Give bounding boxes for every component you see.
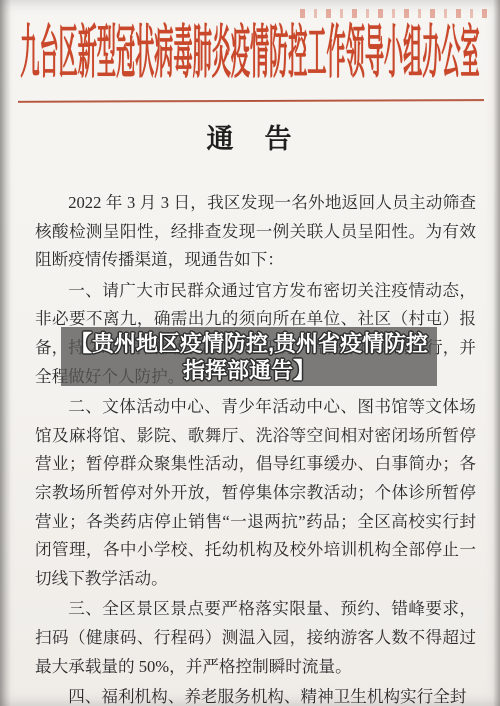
cropped-red-text-remnant <box>300 9 492 18</box>
notice-paragraph: 二、文体活动中心、青少年活动中心、图书馆等文体场馆及麻将馆、影院、歌舞厅、洗浴等… <box>35 393 476 593</box>
issuing-office-name: 九台区新型冠状病毒肺炎疫情防控工作领导小组办公室 <box>20 21 479 86</box>
photo-edge-shadow-right <box>493 0 500 706</box>
photo-edge-shadow-left <box>0 0 11 706</box>
caption-overlay-line2: 指挥部通告】 <box>183 357 315 384</box>
notice-document: 九台区新型冠状病毒肺炎疫情防控工作领导小组办公室 通 告 2022 年 3 月 … <box>0 0 500 706</box>
caption-overlay-line1: 【贵州地区疫情防控,贵州省疫情防控 <box>70 330 428 357</box>
caption-overlay: 【贵州地区疫情防控,贵州省疫情防控 指挥部通告】 <box>61 327 437 386</box>
notice-paragraph: 四、福利机构、养老服务机构、精神卫生机构实行全封 <box>35 683 476 706</box>
notice-paragraph: 2022 年 3 月 3 日，我区发现一名外地返回人员主动筛查核酸检测呈阳性，经… <box>35 189 476 275</box>
red-divider-line <box>18 99 484 103</box>
notice-body: 2022 年 3 月 3 日，我区发现一名外地返回人员主动筛查核酸检测呈阳性，经… <box>35 189 476 706</box>
notice-paragraph: 三、全区景区景点要严格落实限量、预约、错峰要求，扫码（健康码、行程码）测温入园，… <box>35 595 476 681</box>
letterhead-banner: 九台区新型冠状病毒肺炎疫情防控工作领导小组办公室 <box>0 21 500 91</box>
notice-title: 通 告 <box>0 117 500 156</box>
